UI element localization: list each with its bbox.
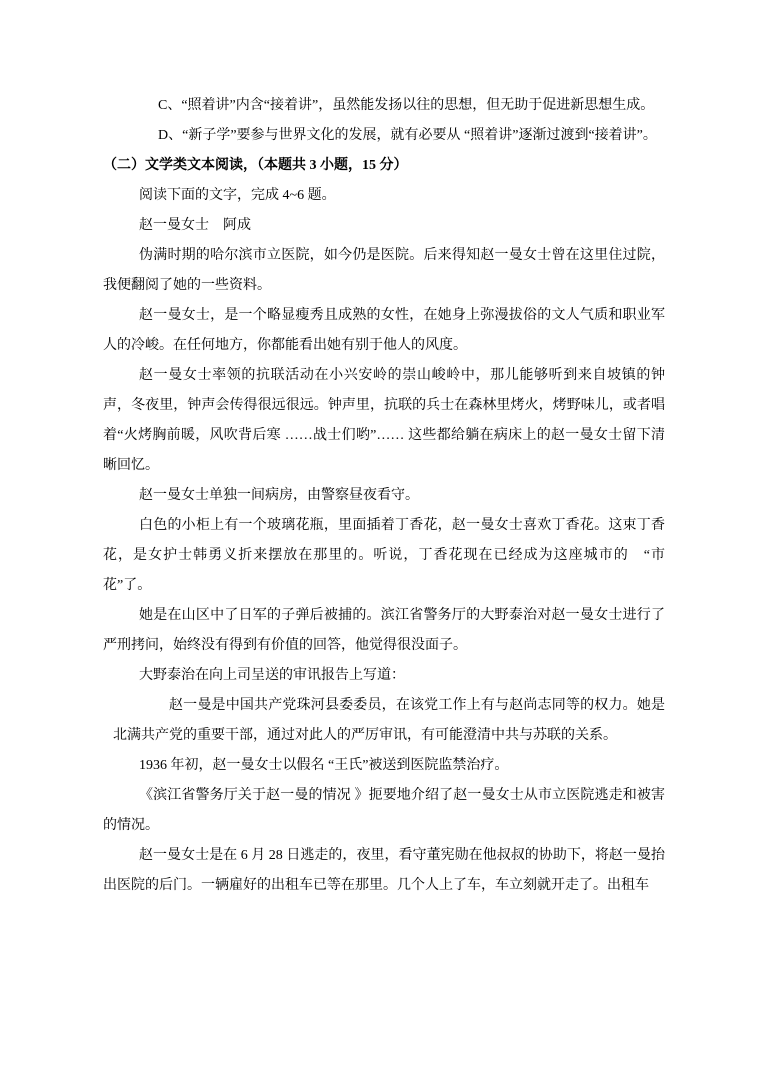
passage-paragraph: 赵一曼女士是在 6 月 28 日逃走的，夜里，看守董宪勋在他叔叔的协助下，将赵一…	[103, 841, 665, 901]
option-c: C、“照着讲”内含“接着讲”，虽然能发扬以往的思想，但无助于促进新思想生成。	[103, 91, 665, 121]
passage-paragraph: 1936 年初，赵一曼女士以假名 “王氏”被送到医院监禁治疗。	[103, 751, 665, 781]
passage-paragraph: 伪满时期的哈尔滨市立医院，如今仍是医院。后来得知赵一曼女士曾在这里住过院，我便翻…	[103, 241, 665, 301]
passage-title: 赵一曼女士 阿成	[103, 211, 665, 241]
passage-paragraph: 赵一曼女士率领的抗联活动在小兴安岭的崇山峻岭中，那儿能够听到来自坡镇的钟声，冬夜…	[103, 361, 665, 481]
reading-instruction: 阅读下面的文字，完成 4~6 题。	[103, 181, 665, 211]
passage-paragraph: 赵一曼女士单独一间病房，由警察昼夜看守。	[103, 481, 665, 511]
exam-page: C、“照着讲”内含“接着讲”，虽然能发扬以往的思想，但无助于促进新思想生成。 D…	[0, 0, 761, 1076]
passage-paragraph: 她是在山区中了日军的子弹后被捕的。滨江省警务厅的大野泰治对赵一曼女士进行了严刑拷…	[103, 601, 665, 661]
passage-paragraph: 赵一曼女士，是一个略显瘦秀且成熟的女性，在她身上弥漫拔俗的文人气质和职业军人的冷…	[103, 301, 665, 361]
page-text-block: C、“照着讲”内含“接着讲”，虽然能发扬以往的思想，但无助于促进新思想生成。 D…	[103, 91, 665, 901]
passage-paragraph: 大野泰治在向上司呈送的审讯报告上写道：	[103, 661, 665, 691]
option-d: D、“新子学”要参与世界文化的发展，就有必要从 “照着讲”逐渐过渡到“接着讲”。	[103, 121, 665, 151]
passage-paragraph: 白色的小柜上有一个玻璃花瓶，里面插着丁香花，赵一曼女士喜欢丁香花。这束丁香花，是…	[103, 511, 665, 601]
passage-paragraph: 《滨江省警务厅关于赵一曼的情况 》扼要地介绍了赵一曼女士从市立医院逃走和被害的情…	[103, 781, 665, 841]
section-heading: （二）文学类文本阅读，（本题共 3 小题，15 分）	[103, 151, 665, 181]
interrogation-report-quote: 赵一曼是中国共产党珠河县委委员，在该党工作上有与赵尚志同等的权力。她是北满共产党…	[113, 691, 665, 751]
